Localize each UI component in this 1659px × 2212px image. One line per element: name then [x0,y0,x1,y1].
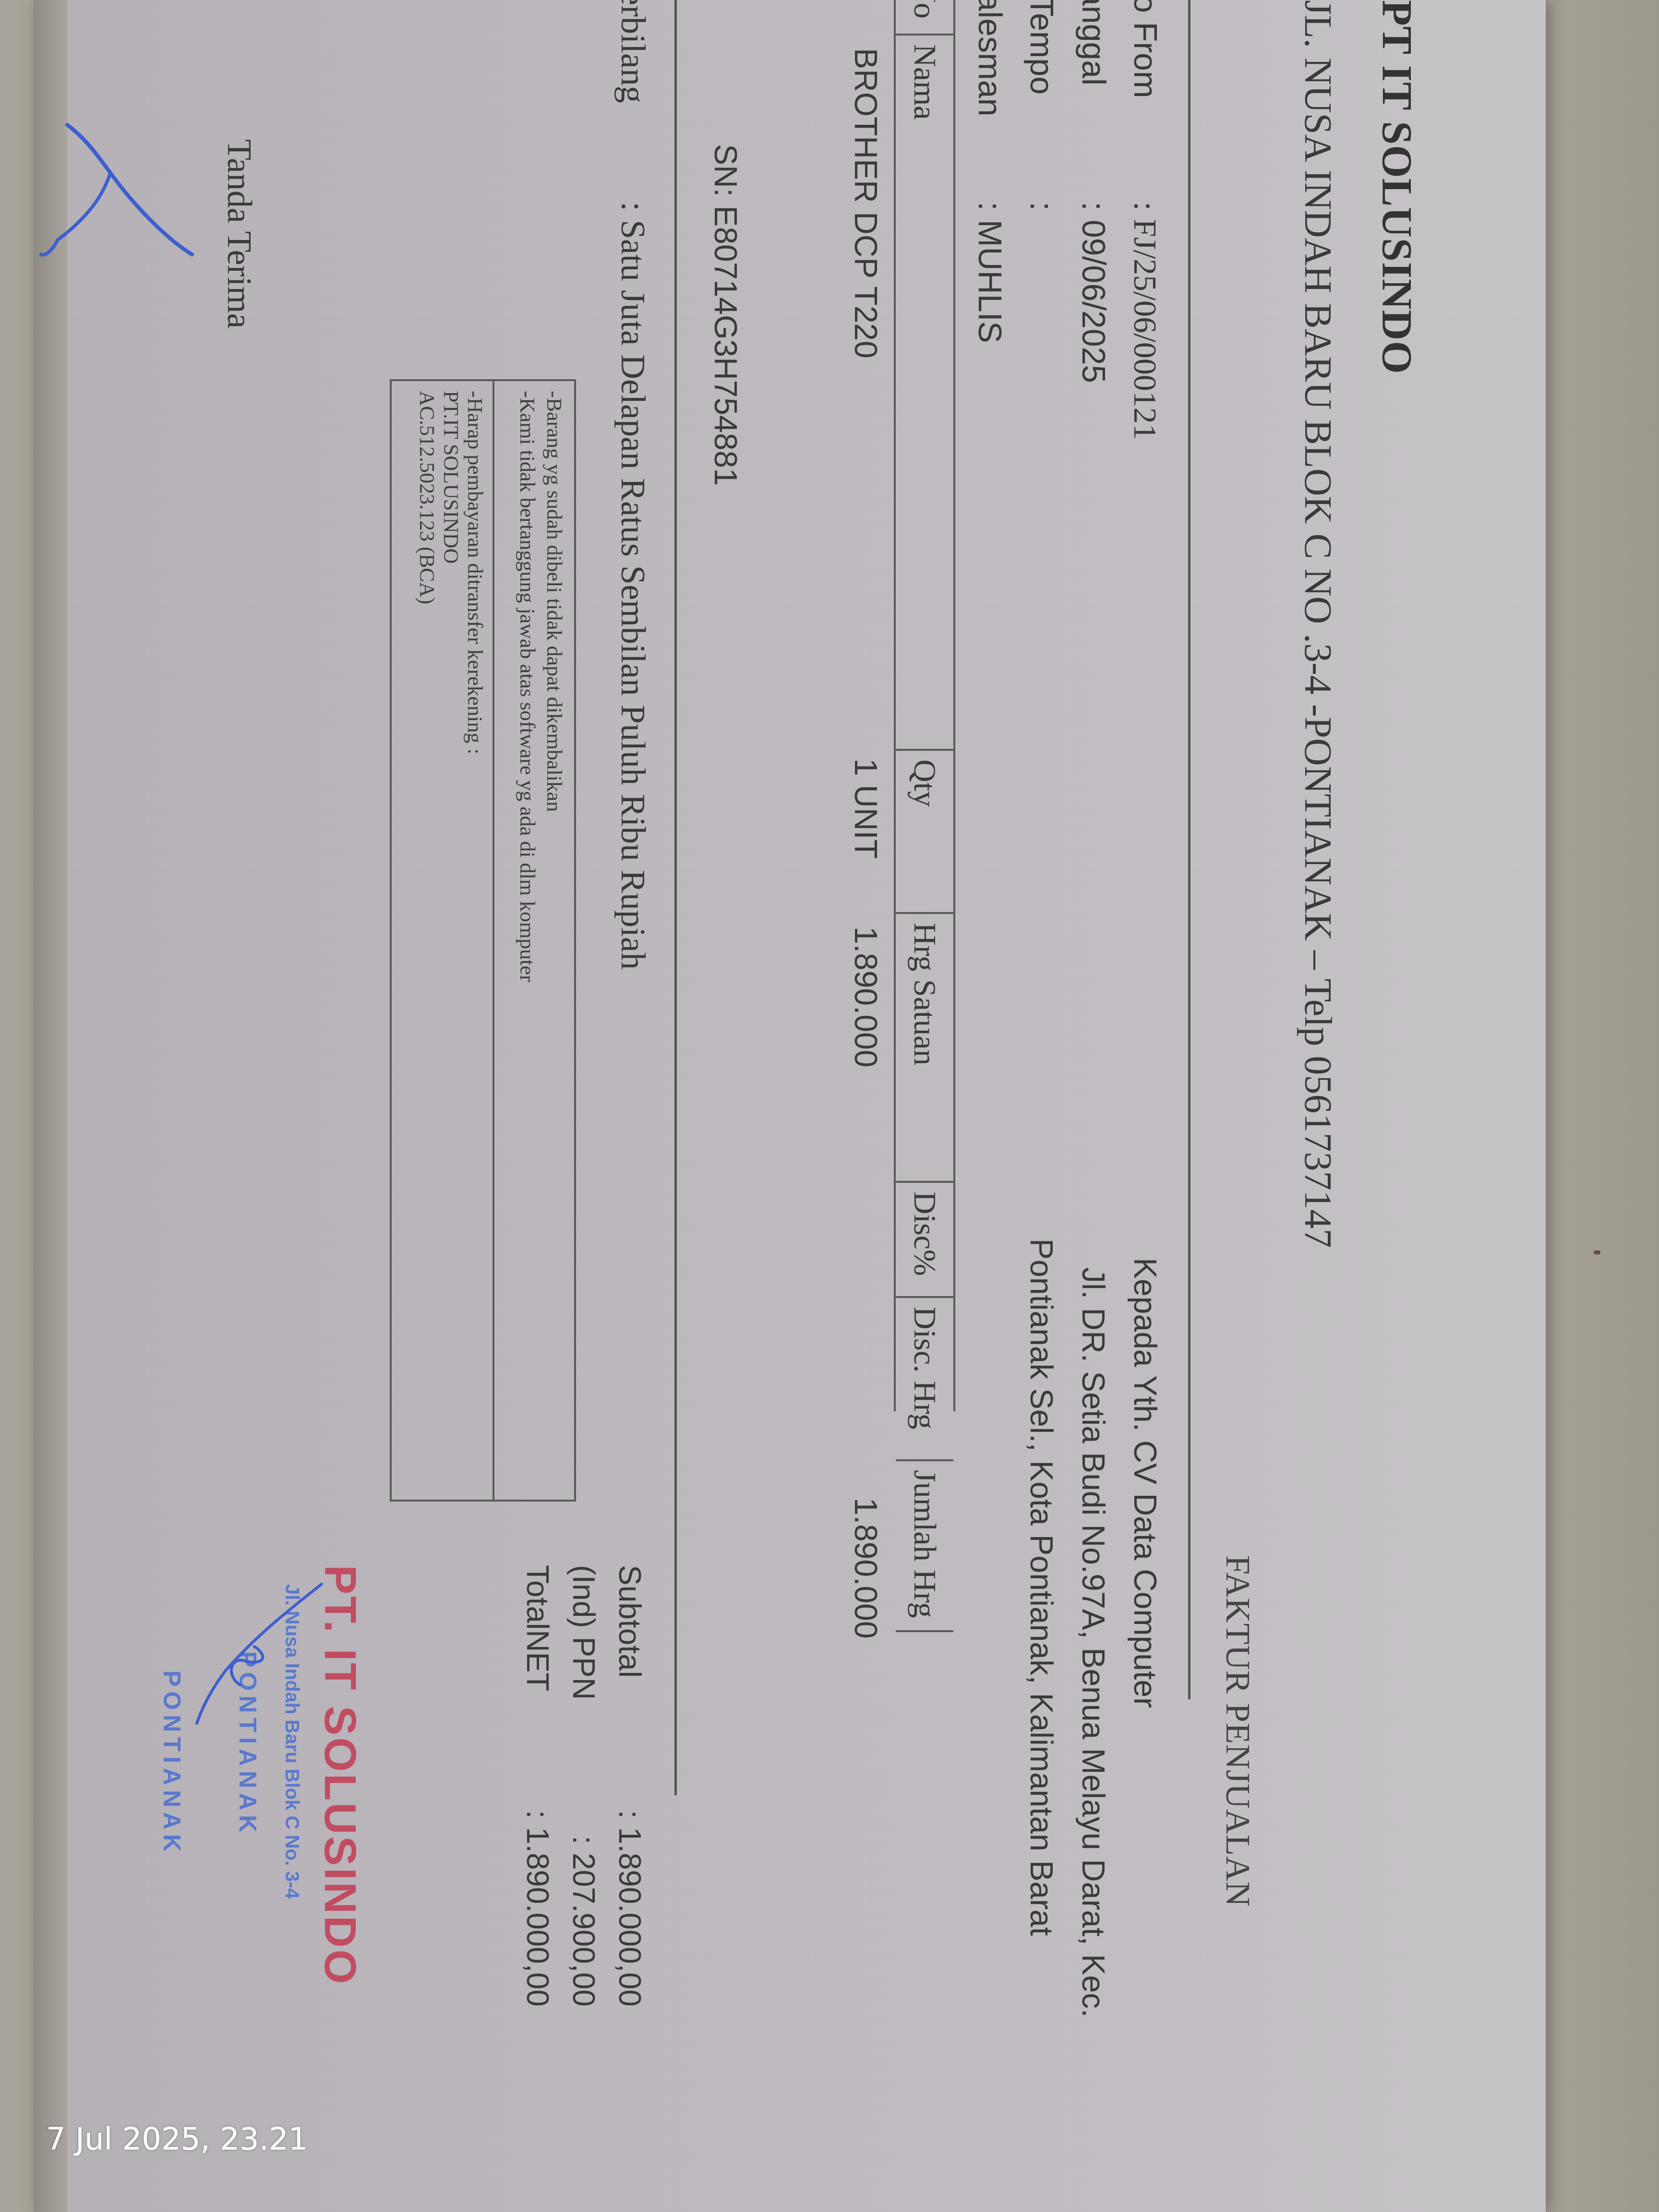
recipient-block: Kepada Yth. CV Data Computer Jl. DR. Set… [1016,1258,1171,2018]
invoice-date: : 09/06/2025 [1075,202,1112,383]
totals-block: Subtotal : 1.890.000,00 (Ind) PPN : 207.… [515,1565,653,2007]
meta-row-tanggal: Tanggal : 09/06/2025 [1068,0,1119,440]
cell-nama: BROTHER DCP T220 [848,48,884,359]
payment-account-name: PT.IT SOLUSINDO [439,391,463,1490]
column-header-no: No [896,0,953,34]
column-header-nama: Nama [896,34,953,749]
stamp-company-name: PT. IT SOLUSINDO [314,1565,365,1986]
stamp-city-repeat: PONTIANAK [158,1671,186,1899]
company-address: JL. NUSA INDAH BARU BLOK C NO .3-4 -PONT… [1296,0,1339,1248]
invoice-number: : FJ/25/06/000121 [1127,202,1165,440]
terbilang-label: Terbilang [613,0,653,202]
serial-number: SN: E80714G3H754881 [708,144,744,486]
term-line: -Kami tidak bertanggung jawab atas softw… [514,391,541,1490]
signature-label: Tanda Terima [219,139,259,328]
salesman-name: : MUHLIS [971,202,1009,343]
items-table: No Nama Qty Hrg Satuan Disc% Disc. Hrg J… [827,0,955,1411]
photo-timestamp: 7 Jul 2025, 23.21 [46,2122,308,2157]
recipient-signature-icon [38,96,211,298]
subtotal-value: : 1.890.000,00 [612,1757,648,2007]
invoice-meta: No From : FJ/25/06/000121 Tanggal : 09/0… [964,0,1171,440]
meta-row-no-from: No From : FJ/25/06/000121 [1119,0,1171,440]
meta-row-jatuh-tempo: J.Tempo : [1016,0,1068,440]
invoice-document: PT IT SOLUSINDO JL. NUSA INDAH BARU BLOK… [19,0,1440,2212]
totals-row-total-net: TotalNET : 1.890.000,00 [515,1565,561,2007]
payment-account-number: AC.512.5023.123 (BCA) [415,391,439,1490]
totals-label: (Ind) PPN [566,1565,601,1757]
totals-row-subtotal: Subtotal : 1.890.000,00 [607,1565,653,2007]
terms-section: -Barang yg sudah dibeli tidak dapat dike… [493,381,574,1500]
terms-box: -Barang yg sudah dibeli tidak dapat dike… [390,379,576,1502]
terbilang-value: : Satu Juta Delapan Ratus Sembilan Puluh… [613,202,653,970]
column-header-hrg-satuan: Hrg Satuan [896,912,953,1181]
payment-instruction: -Harap pembayaran ditransfer kerekening … [463,391,487,1490]
meta-row-salesman: Salesman : MUHLIS [964,0,1016,440]
meta-label: Tanggal [1075,0,1112,202]
column-header-disc-pct: Disc% [896,1181,953,1296]
cell-hrg-satuan: 1.890.000 [848,926,884,1068]
paper-speck [1594,1250,1600,1254]
totals-label: TotalNET [520,1565,555,1757]
totals-row-ppn: (Ind) PPN : 207.900,00 [561,1565,607,2007]
column-header-qty: Qty [896,749,953,912]
stamp-city: PONTIANAK [234,1651,262,1899]
table-row: 1 BROTHER DCP T220 1 UNIT 1.890.000 1.89… [827,0,894,1411]
ppn-value: : 207.900,00 [566,1757,601,2007]
column-header-jumlah-hrg: Jumlah Hrg [896,1459,953,1632]
totals-label: Subtotal [612,1565,648,1757]
company-stamp: PT. IT SOLUSINDO Jl. Nusa Indah Baru Blo… [58,1565,365,1997]
document-title: FAKTUR PENJUALAN [1218,1555,1258,1907]
company-name: PT IT SOLUSINDO [1372,0,1421,374]
payment-section: -Harap pembayaran ditransfer kerekening … [415,381,493,1500]
due-date: : [1023,202,1060,211]
cell-jumlah-hrg: 1.890.000 [848,1498,884,1639]
recipient-address-line2: Pontianak Sel., Kota Pontianak, Kalimant… [1016,1238,1068,2018]
stamp-address-line: Jl. Nusa Indah Baru Blok C No. 3-4 [281,1584,302,1899]
column-header-disc-hrg: Disc. Hrg [896,1296,953,1459]
term-line: -Barang yg sudah dibeli tidak dapat dike… [541,391,567,1490]
amount-in-words: Terbilang : Satu Juta Delapan Ratus Semb… [613,0,653,970]
meta-label: No From [1127,0,1164,202]
stamp-address: Jl. Nusa Indah Baru Blok C No. 3-4 PONTI… [158,1584,302,1899]
table-header: No Nama Qty Hrg Satuan Disc% Disc. Hrg J… [894,0,955,1411]
recipient-address-line1: Jl. DR. Setia Budi No.97A, Benua Melayu … [1068,1267,1119,2018]
meta-label: Salesman [971,0,1009,202]
header-divider [1188,0,1190,1699]
body-divider [674,0,677,1795]
total-net-value: : 1.890.000,00 [520,1757,555,2007]
cell-qty: 1 UNIT [848,758,884,859]
meta-label: J.Tempo [1023,0,1060,202]
recipient-name: Kepada Yth. CV Data Computer [1119,1258,1171,2018]
